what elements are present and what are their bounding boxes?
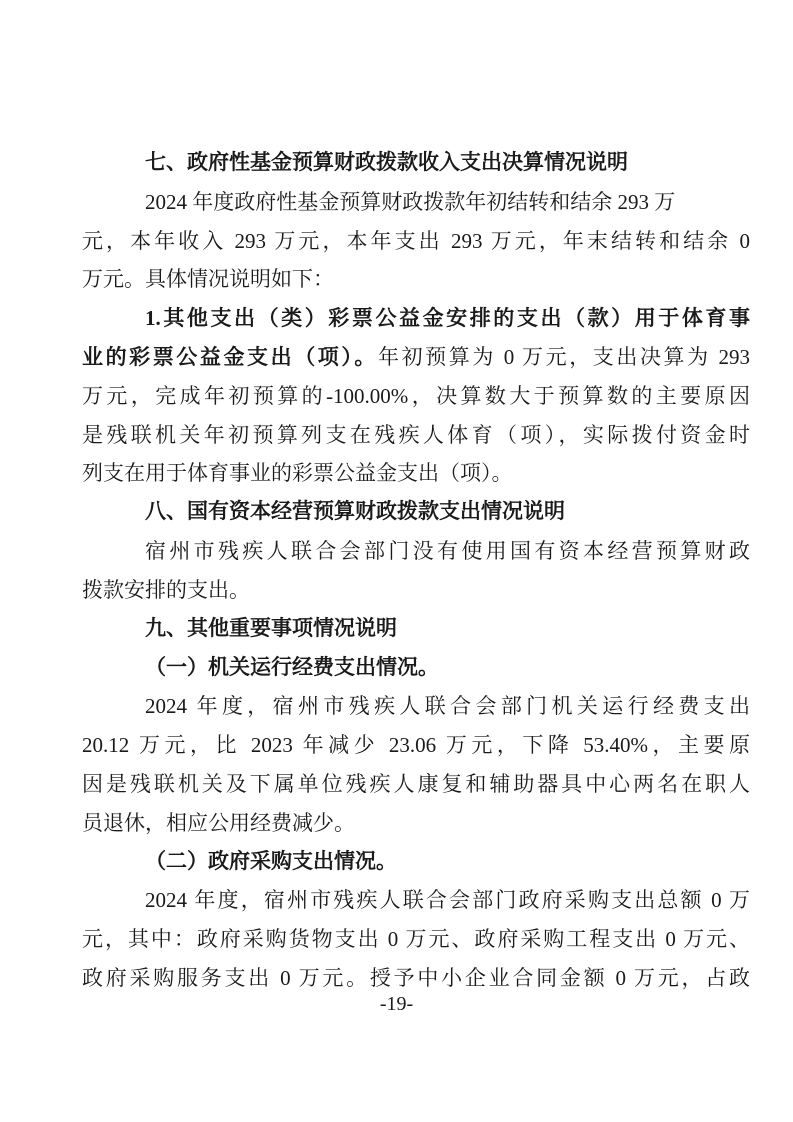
page-body-text: 七、政府性基金预算财政拨款收入支出决算情况说明 2024 年度政府性基金预算财政… bbox=[82, 144, 750, 998]
bold-run: 业的彩票公益金支出（项）。 bbox=[82, 345, 378, 369]
text-line: 万元，完成年初预算的-100.00%，决算数大于预算数的主要原因 bbox=[82, 377, 750, 416]
para-gov-procurement: 2024 年度，宿州市残疾人联合会部门政府采购支出总额 0 万 元，其中：政府采… bbox=[82, 881, 750, 997]
text-run: 年初预算为 0 万元，支出决算为 293 bbox=[378, 345, 750, 369]
page-number: -19- bbox=[0, 992, 793, 1016]
para-state-capital: 宿州市残疾人联合会部门没有使用国有资本经营预算财政 拨款安排的支出。 bbox=[82, 532, 750, 610]
text-line: 万元。具体情况说明如下： bbox=[82, 260, 750, 299]
text-line: 2024 年度，宿州市残疾人联合会部门政府采购支出总额 0 万 bbox=[82, 881, 750, 920]
section-heading-9: 九、其他重要事项情况说明 bbox=[82, 610, 750, 649]
text-line: 2024 年度，宿州市残疾人联合会部门机关运行经费支出 bbox=[82, 687, 750, 726]
text-line: 九、其他重要事项情况说明 bbox=[82, 610, 750, 649]
document-page: 七、政府性基金预算财政拨款收入支出决算情况说明 2024 年度政府性基金预算财政… bbox=[0, 0, 793, 1122]
section-heading-7: 七、政府性基金预算财政拨款收入支出决算情况说明 bbox=[82, 144, 750, 183]
text-line: 业的彩票公益金支出（项）。年初预算为 0 万元，支出决算为 293 bbox=[82, 338, 750, 377]
text-line: 八、国有资本经营预算财政拨款支出情况说明 bbox=[82, 493, 750, 532]
para-item-1-lottery: 1.其他支出（类）彩票公益金安排的支出（款）用于体育事 业的彩票公益金支出（项）… bbox=[82, 299, 750, 493]
text-line: 20.12 万元，比 2023 年减少 23.06 万元，下降 53.40%，主… bbox=[82, 726, 750, 765]
text-line: （二）政府采购支出情况。 bbox=[82, 842, 750, 881]
text-line: （一）机关运行经费支出情况。 bbox=[82, 648, 750, 687]
text-line: 七、政府性基金预算财政拨款收入支出决算情况说明 bbox=[82, 144, 750, 183]
text-line: 是残联机关年初预算列支在残疾人体育（项），实际拨付资金时 bbox=[82, 416, 750, 455]
para-agency-operating-cost: 2024 年度，宿州市残疾人联合会部门机关运行经费支出 20.12 万元，比 2… bbox=[82, 687, 750, 842]
subheading-agency-operating-cost: （一）机关运行经费支出情况。 bbox=[82, 648, 750, 687]
text-line: 2024 年度政府性基金预算财政拨款年初结转和结余 293 万 bbox=[82, 183, 750, 222]
text-line: 元，其中：政府采购货物支出 0 万元、政府采购工程支出 0 万元、 bbox=[82, 920, 750, 959]
para-gov-fund-summary: 2024 年度政府性基金预算财政拨款年初结转和结余 293 万 元，本年收入 2… bbox=[82, 183, 750, 299]
text-line: 拨款安排的支出。 bbox=[82, 571, 750, 610]
text-line: 因是残联机关及下属单位残疾人康复和辅助器具中心两名在职人 bbox=[82, 765, 750, 804]
section-heading-8: 八、国有资本经营预算财政拨款支出情况说明 bbox=[82, 493, 750, 532]
text-line: 元，本年收入 293 万元，本年支出 293 万元，年末结转和结余 0 bbox=[82, 222, 750, 261]
text-line: 员退休，相应公用经费减少。 bbox=[82, 804, 750, 843]
text-line: 1.其他支出（类）彩票公益金安排的支出（款）用于体育事 bbox=[82, 299, 750, 338]
text-line: 列支在用于体育事业的彩票公益金支出（项）。 bbox=[82, 454, 750, 493]
subheading-gov-procurement: （二）政府采购支出情况。 bbox=[82, 842, 750, 881]
text-line: 宿州市残疾人联合会部门没有使用国有资本经营预算财政 bbox=[82, 532, 750, 571]
